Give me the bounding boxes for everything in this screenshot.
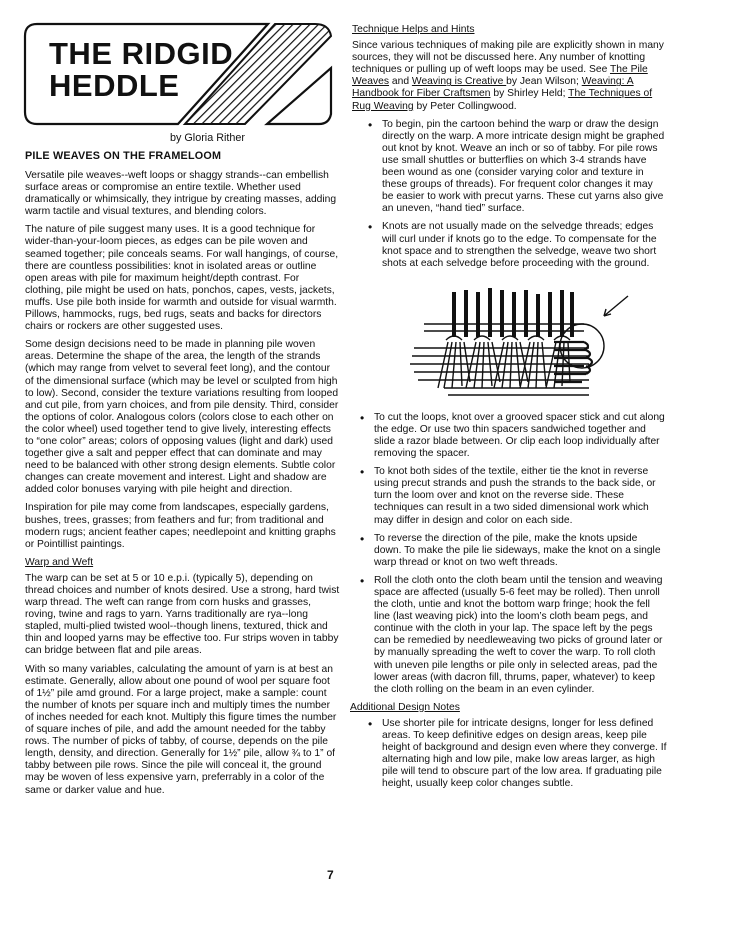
- text: by Peter Collingwood.: [414, 101, 517, 112]
- list-item: To knot both sides of the textile, eithe…: [352, 466, 667, 526]
- byline: by Gloria Rither: [170, 132, 245, 144]
- paragraph: The warp can be set at 5 or 10 e.p.i. (t…: [25, 573, 340, 658]
- list-item: Use shorter pile for intricate designs, …: [360, 718, 667, 791]
- technique-list-top: To begin, pin the cartoon behind the war…: [360, 119, 667, 270]
- technique-list-bottom: To cut the loops, knot over a grooved sp…: [352, 412, 667, 696]
- paragraph: Some design decisions need to be made in…: [25, 339, 340, 496]
- section-heading-techniques: Technique Helps and Hints: [352, 24, 667, 36]
- right-column: Technique Helps and Hints Since various …: [352, 24, 667, 797]
- text: by Jean Wilson;: [506, 76, 582, 87]
- paragraph: The nature of pile suggest many uses. It…: [25, 224, 340, 333]
- section-heading-warp-weft: Warp and Weft: [25, 557, 340, 569]
- text: and: [389, 76, 412, 87]
- list-item: Roll the cloth onto the cloth beam until…: [352, 575, 667, 696]
- paragraph: Versatile pile weaves--weft loops or sha…: [25, 170, 340, 218]
- article-title: PILE WEAVES ON THE FRAMELOOM: [25, 150, 221, 162]
- design-notes-list: Use shorter pile for intricate designs, …: [360, 718, 667, 791]
- book-title-weaving-is-creative: Weaving is Creative: [412, 76, 506, 87]
- paragraph: Inspiration for pile may come from lands…: [25, 502, 340, 550]
- section-heading-design-notes: Additional Design Notes: [350, 702, 667, 714]
- list-item: To reverse the direction of the pile, ma…: [352, 533, 667, 569]
- page-number: 7: [327, 868, 334, 882]
- list-item: To cut the loops, knot over a grooved sp…: [352, 412, 667, 460]
- logo-line-2: HEDDLE: [49, 68, 179, 103]
- ridgid-heddle-logo: THE RIDGID HEDDLE: [23, 22, 335, 127]
- pile-knot-illustration: [404, 282, 644, 402]
- text: by Shirley Held;: [491, 88, 569, 99]
- left-column: Versatile pile weaves--weft loops or sha…: [25, 170, 340, 803]
- paragraph: With so many variables, calculating the …: [25, 664, 340, 797]
- list-item: Knots are not usually made on the selved…: [360, 221, 667, 269]
- list-item: To begin, pin the cartoon behind the war…: [360, 119, 667, 216]
- logo-line-1: THE RIDGID: [49, 36, 233, 71]
- techniques-intro: Since various techniques of making pile …: [352, 40, 667, 113]
